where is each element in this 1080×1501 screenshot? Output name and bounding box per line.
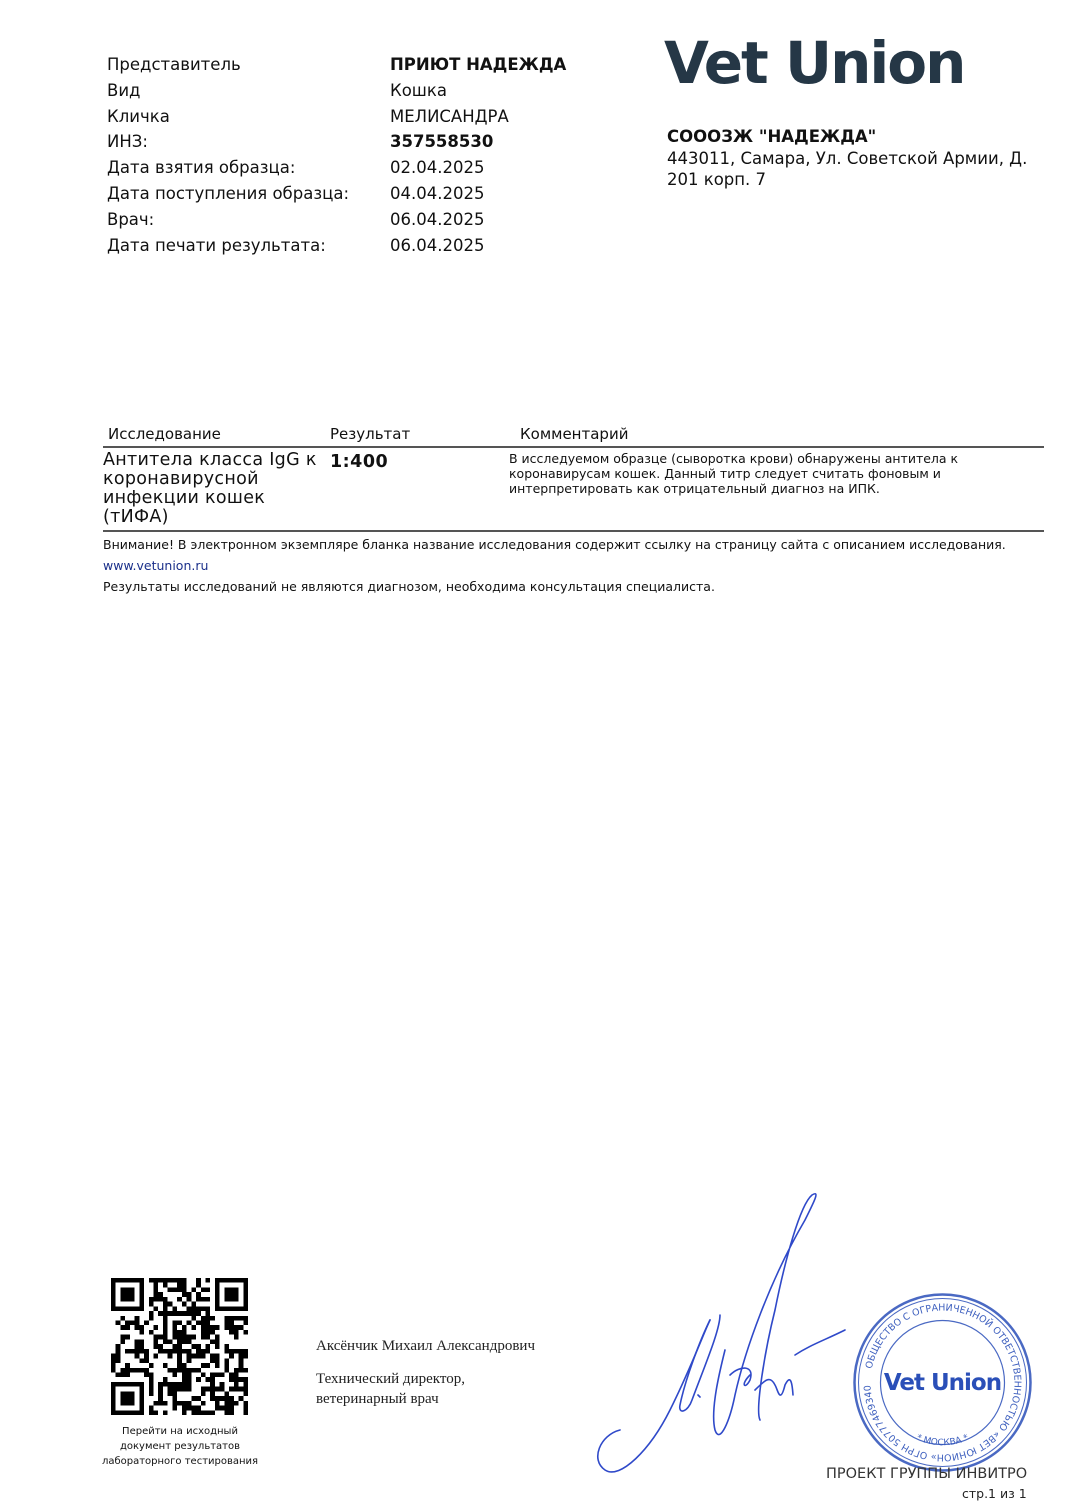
organization-block: СОООЗЖ "НАДЕЖДА" 443011, Самара, Ул. Сов… [667,126,1047,190]
info-row-representative: Представитель ПРИЮТ НАДЕЖДА [107,52,566,78]
page-number: стр.1 из 1 [962,1486,1027,1501]
company-stamp: ОБЩЕСТВО С ОГРАНИЧЕННОЙ ОТВЕТСТВЕННОСТЬЮ… [850,1290,1035,1475]
qr-caption: Перейти на исходный документ результатов… [100,1424,260,1469]
test-result: 1:400 [330,452,388,472]
info-label: Дата печати результата: [107,233,390,259]
results-table-header: Исследование Результат Комментарий [103,424,1044,448]
notes: Внимание! В электронном экземпляре бланк… [103,536,1006,599]
info-row-name: Кличка МЕЛИСАНДРА [107,104,566,130]
signer-position-2: ветеринарный врач [316,1389,535,1409]
header-test: Исследование [108,425,221,443]
info-row-print-date: Дата печати результата: 06.04.2025 [107,233,566,259]
info-label: Вид [107,78,390,104]
table-row: Антитела класса IgG к коронавирусной инф… [103,448,1044,532]
organization-name: СОООЗЖ "НАДЕЖДА" [667,126,1047,147]
info-value: 06.04.2025 [390,233,484,259]
info-value: 06.04.2025 [390,207,484,233]
info-value: ПРИЮТ НАДЕЖДА [390,52,566,78]
vet-union-logo: Vet Union [664,30,964,96]
header-comment: Комментарий [520,425,628,443]
info-label: Кличка [107,104,390,130]
info-label: Дата взятия образца: [107,155,390,181]
info-label: Дата поступления образца: [107,181,390,207]
project-label: ПРОЕКТ ГРУППЫ ИНВИТРО [826,1466,1027,1482]
info-row-species: Вид Кошка [107,78,566,104]
info-value: МЕЛИСАНДРА [390,104,509,130]
disclaimer-note: Результаты исследований не являются диаг… [103,578,1006,599]
svg-text:* МОСКВА *: * МОСКВА * [915,1433,971,1448]
info-row-order-id: ИНЗ: 357558530 [107,129,566,155]
info-value: 04.04.2025 [390,181,484,207]
info-label: Врач: [107,207,390,233]
info-row-received-date: Дата поступления образца: 04.04.2025 [107,181,566,207]
info-row-sample-date: Дата взятия образца: 02.04.2025 [107,155,566,181]
svg-text:Vet Union: Vet Union [884,1370,1001,1396]
organization-address: 443011, Самара, Ул. Советской Армии, Д. … [667,148,1047,190]
signature-icon [580,1180,880,1500]
info-label: ИНЗ: [107,129,390,155]
signer-name: Аксёнчик Михаил Александрович [316,1338,535,1355]
info-row-doctor: Врач: 06.04.2025 [107,207,566,233]
test-comment: В исследуемом образце (сыворотка крови) … [509,451,1029,496]
info-label: Представитель [107,52,390,78]
header-result: Результат [330,425,410,443]
info-value: Кошка [390,78,447,104]
signer-block: Аксёнчик Михаил Александрович Технически… [316,1338,535,1409]
signer-position: Технический директор, [316,1369,535,1389]
test-name-link[interactable]: Антитела класса IgG к коронавирусной инф… [103,451,328,527]
website-link[interactable]: www.vetunion.ru [103,558,208,573]
info-value: 02.04.2025 [390,155,484,181]
info-value: 357558530 [390,129,493,155]
qr-code[interactable] [111,1278,248,1415]
patient-info: Представитель ПРИЮТ НАДЕЖДА Вид Кошка Кл… [107,52,566,258]
warning-note: Внимание! В электронном экземпляре бланк… [103,536,1006,557]
